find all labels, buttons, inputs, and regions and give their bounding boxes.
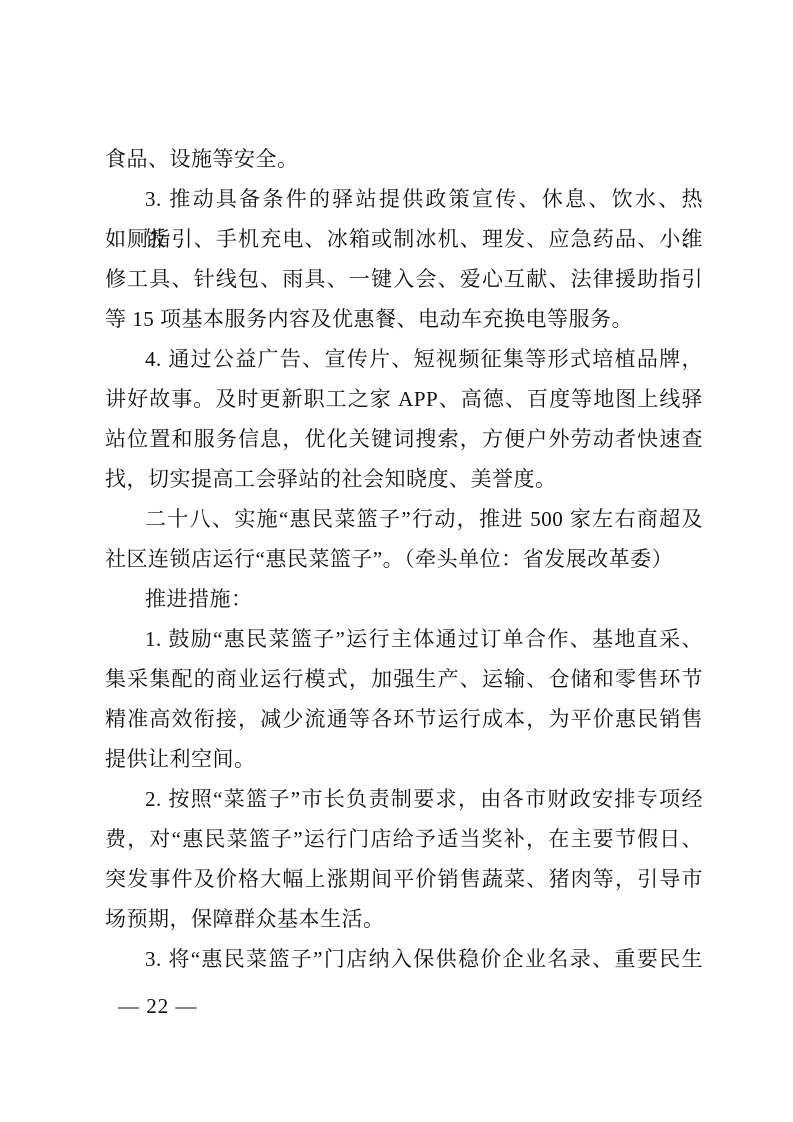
text-line: 二十八、实施“惠民菜篮子”行动，推进 500 家左右商超及 <box>105 499 703 539</box>
text-line: 突发事件及价格大幅上涨期间平价销售蔬菜、猪肉等，引导市 <box>105 859 703 899</box>
text-line: 3. 将“惠民菜篮子”门店纳入保供稳价企业名录、重要民生 <box>105 939 703 979</box>
text-line: 3. 推动具备条件的驿站提供政策宣传、休息、饮水、热饭、 <box>105 179 703 219</box>
text-line: 等 15 项基本服务内容及优惠餐、电动车充换电等服务。 <box>105 299 703 339</box>
page-number: — 22 — <box>118 986 198 1026</box>
continuation-paragraph: 食品、设施等安全。 <box>105 139 703 179</box>
text-line: 提供让利空间。 <box>105 739 703 779</box>
text-line: 2. 按照“菜篮子”市长负责制要求，由各市财政安排专项经 <box>105 779 703 819</box>
text-line: 食品、设施等安全。 <box>105 139 703 179</box>
text-line: 集采集配的商业运行模式，加强生产、运输、仓储和零售环节 <box>105 659 703 699</box>
text-line: 4. 通过公益广告、宣传片、短视频征集等形式培植品牌， <box>105 339 703 379</box>
text-line: 如厕指引、手机充电、冰箱或制冰机、理发、应急药品、小维 <box>105 219 703 259</box>
document-page: 食品、设施等安全。3. 推动具备条件的驿站提供政策宣传、休息、饮水、热饭、如厕指… <box>0 0 793 1122</box>
text-line: 费，对“惠民菜篮子”运行门店给予适当奖补，在主要节假日、 <box>105 819 703 859</box>
text-line: 1. 鼓励“惠民菜篮子”运行主体通过订单合作、基地直采、 <box>105 619 703 659</box>
text-line: 精准高效衔接，减少流通等各环节运行成本，为平价惠民销售 <box>105 699 703 739</box>
item-4-paragraph: 4. 通过公益广告、宣传片、短视频征集等形式培植品牌，讲好故事。及时更新职工之家… <box>105 339 703 499</box>
text-line: 讲好故事。及时更新职工之家 APP、高德、百度等地图上线驿 <box>105 379 703 419</box>
text-line: 找，切实提高工会驿站的社会知晓度、美誉度。 <box>105 459 703 499</box>
measures-label: 推进措施： <box>105 579 703 619</box>
text-line: 推进措施： <box>105 579 703 619</box>
text-line: 场预期，保障群众基本生活。 <box>105 899 703 939</box>
section-28-heading: 二十八、实施“惠民菜篮子”行动，推进 500 家左右商超及社区连锁店运行“惠民菜… <box>105 499 703 579</box>
text-line: 修工具、针线包、雨具、一键入会、爱心互献、法律援助指引 <box>105 259 703 299</box>
text-line: 社区连锁店运行“惠民菜篮子”。（牵头单位：省发展改革委） <box>105 539 703 579</box>
document-body: 食品、设施等安全。3. 推动具备条件的驿站提供政策宣传、休息、饮水、热饭、如厕指… <box>105 139 703 979</box>
measure-3-paragraph: 3. 将“惠民菜篮子”门店纳入保供稳价企业名录、重要民生 <box>105 939 703 979</box>
measure-1-paragraph: 1. 鼓励“惠民菜篮子”运行主体通过订单合作、基地直采、集采集配的商业运行模式，… <box>105 619 703 779</box>
text-line: 站位置和服务信息，优化关键词搜索，方便户外劳动者快速查 <box>105 419 703 459</box>
item-3-paragraph: 3. 推动具备条件的驿站提供政策宣传、休息、饮水、热饭、如厕指引、手机充电、冰箱… <box>105 179 703 339</box>
measure-2-paragraph: 2. 按照“菜篮子”市长负责制要求，由各市财政安排专项经费，对“惠民菜篮子”运行… <box>105 779 703 939</box>
